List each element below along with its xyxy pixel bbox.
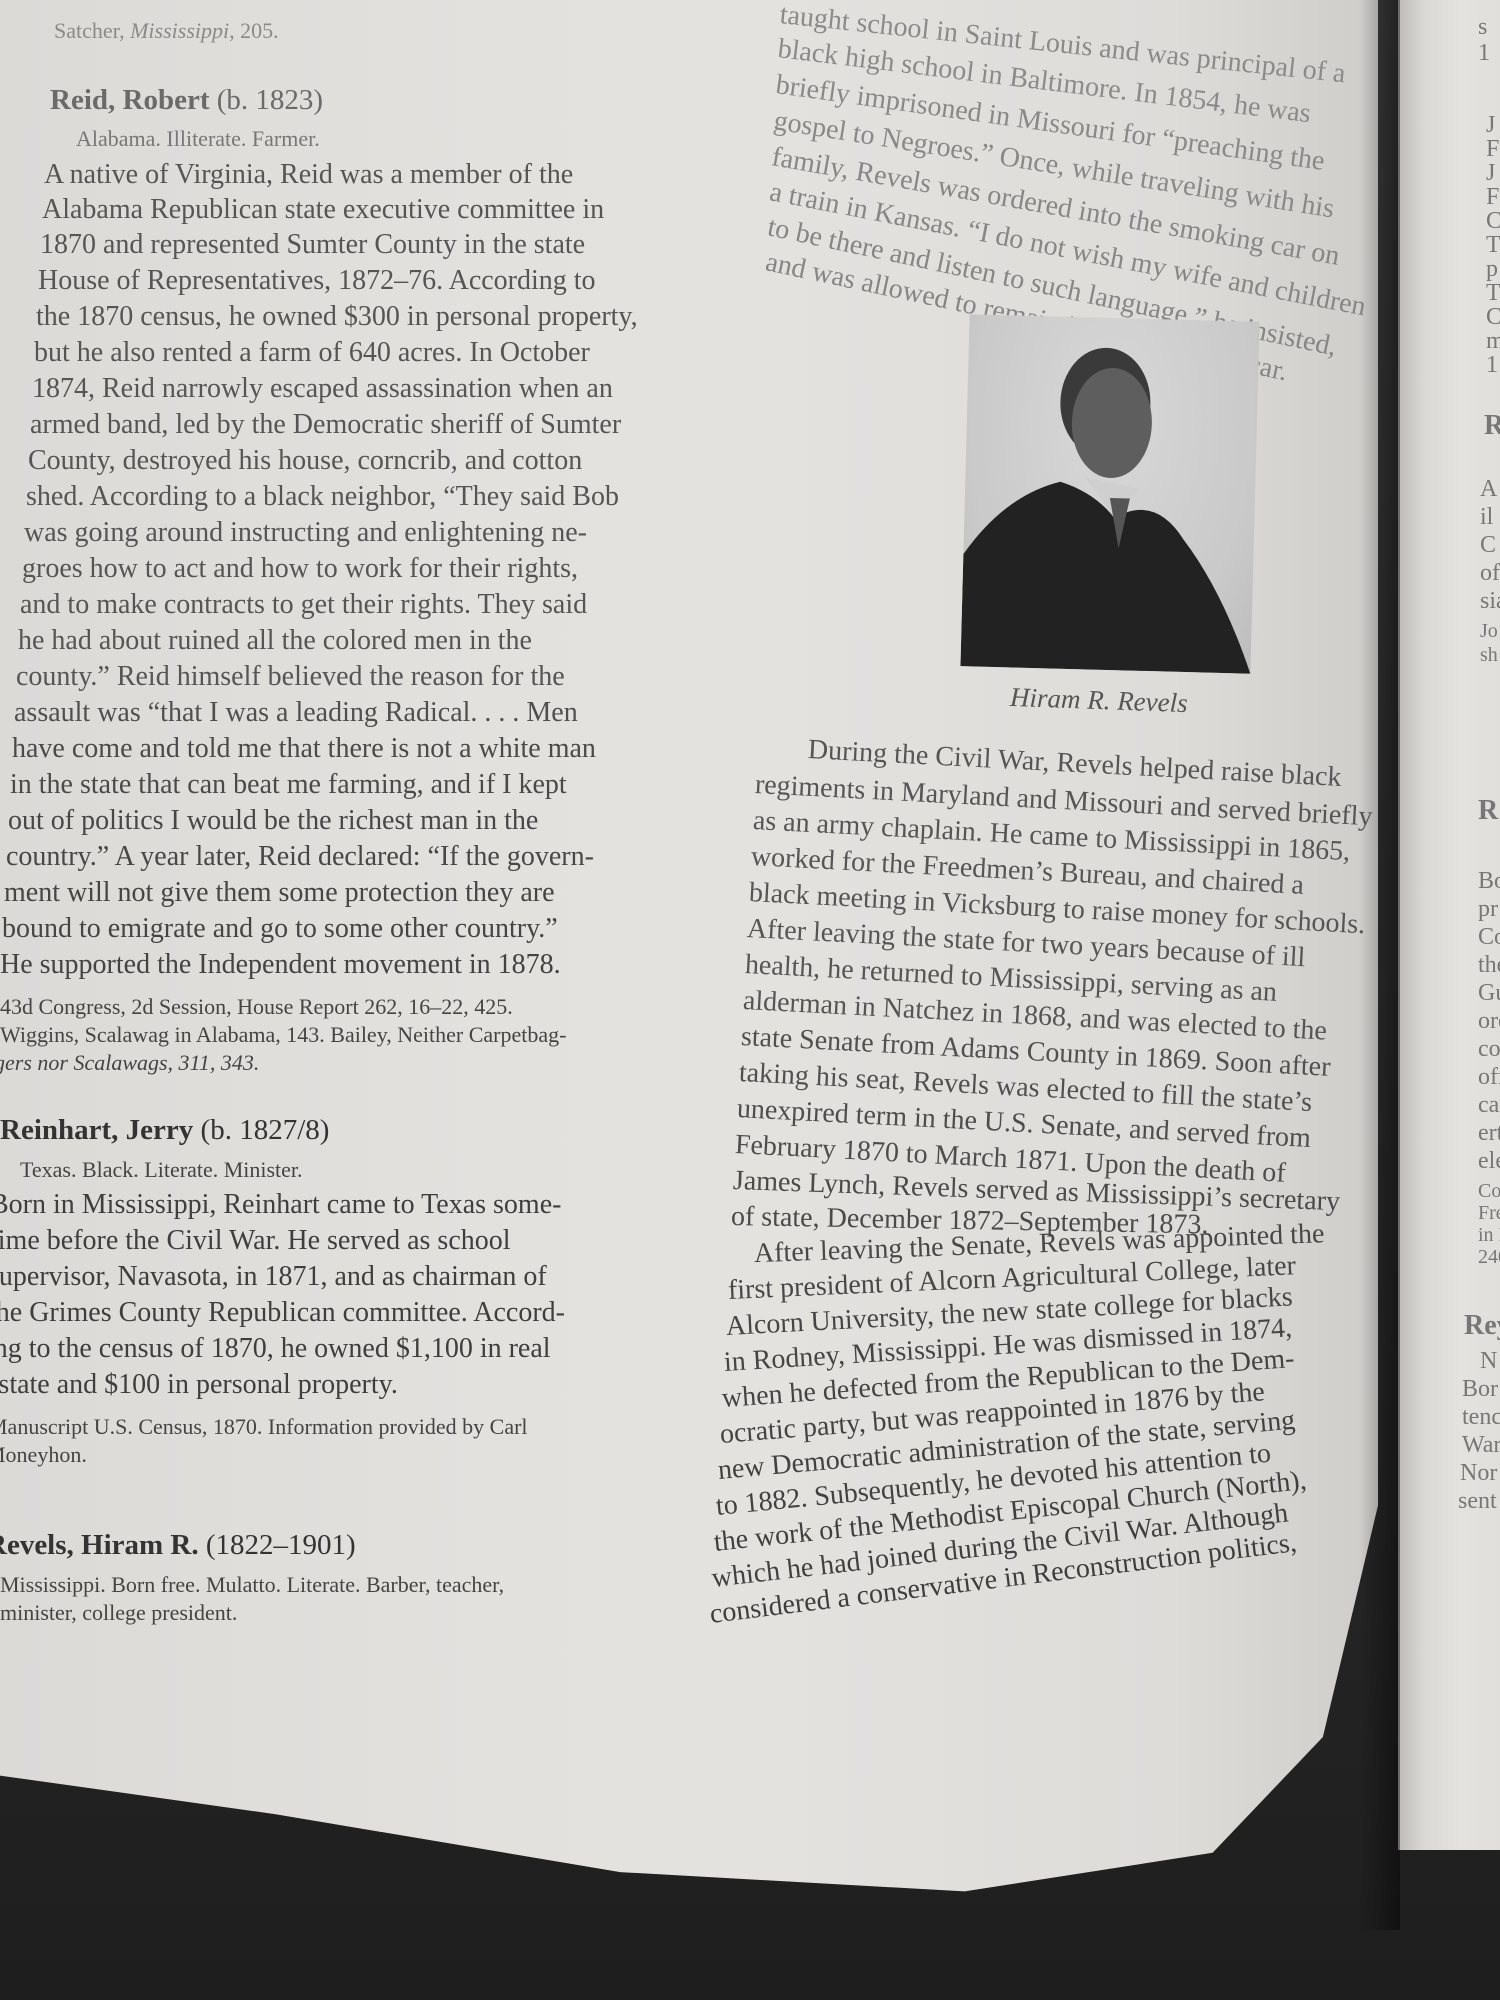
facing-page-fragment: F (1486, 136, 1499, 163)
facing-page-fragment: Co (1478, 924, 1500, 951)
facing-page-fragment: the (1478, 952, 1500, 979)
body-line: A native of Virginia, Reid was a member … (44, 158, 573, 192)
body-line: 1870 and represented Sumter County in th… (40, 228, 585, 262)
facing-page-fragment: s (1478, 14, 1487, 41)
body-line: Alabama Republican state executive commi… (42, 193, 604, 227)
portrait-caption: Hiram R. Revels (1010, 682, 1189, 719)
facing-page-heading: R (1478, 795, 1498, 827)
body-line: county.” Reid himself believed the reaso… (16, 660, 565, 694)
facing-page-fragment: sent (1458, 1488, 1497, 1515)
facing-page-fragment: T (1486, 280, 1500, 307)
facing-page-fragment: Nor (1460, 1460, 1497, 1487)
portrait-photo (960, 314, 1259, 673)
facing-page-fragment: C (1486, 208, 1500, 235)
entry-summary: Alabama. Illiterate. Farmer. (76, 122, 320, 156)
top-citation: Satcher, Mississippi, 205. (54, 14, 279, 48)
facing-page-heading: R (1484, 410, 1500, 442)
body-line: supervisor, Navasota, in 1871, and as ch… (0, 1260, 547, 1294)
body-line: the Grimes County Republican committee. … (0, 1296, 565, 1330)
body-line: and to make contracts to get their right… (20, 588, 587, 622)
book-gutter-shadow (1360, 0, 1400, 1930)
facing-page-fragment: cap (1478, 1092, 1500, 1119)
facing-page-fragment: 1 (1478, 40, 1490, 67)
facing-page-fragment: J (1486, 112, 1495, 139)
body-line: Born in Mississippi, Reinhart came to Te… (0, 1188, 561, 1222)
body-line: shed. According to a black neighbor, “Th… (26, 480, 619, 514)
body-line: have come and told me that there is not … (12, 732, 596, 766)
facing-page-fragment: C (1486, 304, 1500, 331)
facing-page-fragment: Bor (1462, 1376, 1498, 1403)
entry-heading-reinhart: Reinhart, Jerry (b. 1827/8) (0, 1113, 329, 1147)
body-line: country.” A year later, Reid declared: “… (6, 840, 594, 874)
facing-page-fragment: pr (1478, 896, 1498, 923)
facing-page-fragment: A (1480, 476, 1497, 503)
source-citation: Moneyhon. (0, 1438, 87, 1472)
body-line: was going around instructing and enlight… (24, 516, 587, 550)
facing-page-fragment: il (1480, 504, 1493, 531)
body-line: assault was “that I was a leading Radica… (14, 696, 578, 730)
body-line: the 1870 census, he owned $300 in person… (36, 300, 638, 334)
body-line: 1874, Reid narrowly escaped assassinatio… (32, 372, 613, 406)
facing-page-fragment: Cor (1478, 1180, 1500, 1203)
facing-page-fragment: Free (1478, 1202, 1500, 1225)
body-line: groes how to act and how to work for the… (22, 552, 578, 586)
facing-page-fragment: F (1486, 184, 1499, 211)
facing-page-fragment: J (1486, 160, 1495, 187)
body-line: armed band, led by the Democratic sherif… (30, 408, 621, 442)
facing-page-fragment: erty (1478, 1120, 1500, 1147)
facing-page-fragment: 240. (1478, 1246, 1500, 1269)
body-line: ment will not give them some protection … (4, 876, 555, 910)
portrait-illustration-icon (960, 314, 1259, 673)
body-line: ing to the census of 1870, he owned $1,1… (0, 1332, 551, 1366)
facing-page-fragment: sh (1480, 644, 1498, 667)
facing-page-fragment: cor (1478, 1036, 1500, 1063)
facing-page-fragment: offi (1478, 1064, 1500, 1091)
body-line: out of politics I would be the richest m… (8, 804, 538, 838)
facing-page-fragment: N (1480, 1348, 1497, 1375)
facing-page-fragment: 1 (1486, 352, 1498, 379)
facing-page-fragment: Jo (1480, 620, 1498, 643)
entry-heading-revels: Revels, Hiram R. (1822–1901) (0, 1528, 356, 1562)
body-line: in the state that can beat me farming, a… (10, 768, 567, 802)
facing-page-fragment: ele (1478, 1148, 1500, 1175)
facing-page-fragment: C (1480, 532, 1496, 559)
source-citation: gers nor Scalawags, 311, 343. (0, 1046, 259, 1080)
facing-page-fragment: ore (1478, 1008, 1500, 1035)
body-line: House of Representatives, 1872–76. Accor… (38, 264, 596, 298)
facing-page-fragment: Bo (1478, 868, 1500, 895)
facing-page-fragment: War (1462, 1432, 1500, 1459)
body-line: He supported the Independent movement in… (0, 948, 561, 982)
entry-summary: minister, college president. (0, 1596, 237, 1630)
facing-page-fragment: T (1486, 232, 1500, 259)
body-line: bound to emigrate and go to some other c… (2, 912, 558, 946)
facing-page-fragment: in N (1478, 1224, 1500, 1247)
body-line: but he also rented a farm of 640 acres. … (34, 336, 590, 370)
body-line: he had about ruined all the colored men … (18, 624, 532, 658)
entry-summary: Texas. Black. Literate. Minister. (20, 1153, 303, 1187)
facing-page-fragment: of (1480, 560, 1500, 587)
facing-page-fragment: sia (1480, 588, 1500, 615)
body-line: estate and $100 in personal property. (0, 1368, 398, 1402)
body-line: time before the Civil War. He served as … (0, 1224, 511, 1258)
body-line: County, destroyed his house, corncrib, a… (28, 444, 582, 478)
entry-heading-reid: Reid, Robert (b. 1823) (50, 83, 323, 117)
facing-page-heading: Rey (1464, 1310, 1500, 1342)
facing-page-fragment: p (1486, 256, 1498, 283)
facing-page-fragment: m (1486, 328, 1500, 355)
facing-page-fragment: tenc (1462, 1404, 1500, 1431)
facing-page-fragment: Gu (1478, 980, 1500, 1007)
